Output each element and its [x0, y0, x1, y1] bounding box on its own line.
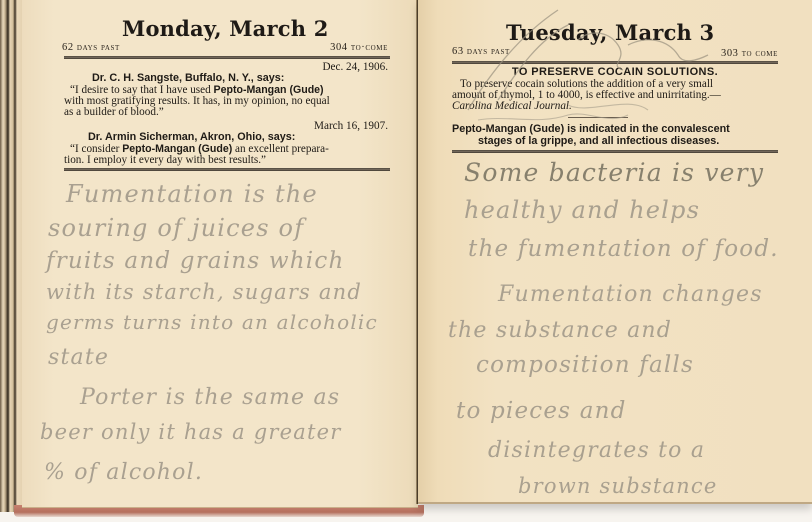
days-to-come-right: 303 to come — [721, 48, 778, 59]
book-binding — [0, 0, 24, 512]
handwriting-line: brown substance — [518, 474, 718, 498]
article-source: Carolina Medical Journal. — [452, 101, 572, 113]
ad-line1: Pepto-Mangan (Gude) is indicated in the … — [452, 124, 730, 136]
open-diary: Monday, March 2 62 days past 304 to·come… — [0, 0, 812, 522]
handwriting-line: state — [48, 345, 109, 370]
short-divider — [568, 117, 628, 118]
handwriting-line: Porter is the same as — [80, 385, 340, 410]
days-past-right: 63 days past — [452, 46, 510, 57]
right-page: Tuesday, March 3 63 days past 303 to com… — [418, 0, 812, 504]
testimonial-1-author: Dr. C. H. Sangste, Buffalo, N. Y., says: — [92, 73, 284, 85]
handwriting-line: the fumentation of food. — [468, 236, 779, 262]
header-rule-right — [452, 61, 778, 64]
handwriting-line: composition falls — [476, 352, 694, 378]
handwriting-line: germs turns into an alcoholic — [46, 310, 378, 334]
handwriting-line: to pieces and — [456, 398, 627, 424]
handwriting-line: disintegrates to a — [488, 438, 705, 463]
section-rule-left — [64, 168, 390, 171]
handwriting-line: healthy and helps — [464, 196, 700, 224]
handwriting-line: % of alcohol. — [44, 460, 203, 485]
left-page: Monday, March 2 62 days past 304 to·come… — [22, 0, 418, 508]
testimonial-2-date: March 16, 1907. — [314, 121, 388, 133]
handwriting-line: souring of juices of — [48, 214, 304, 242]
handwriting-line: Some bacteria is very — [464, 158, 764, 187]
testimonial-2-author: Dr. Armin Sicherman, Akron, Ohio, says: — [88, 132, 295, 144]
testimonial-2-line2: tion. I employ it every day with best re… — [64, 155, 266, 167]
header-rule-left — [64, 56, 390, 59]
handwriting-line: beer only it has a greater — [40, 420, 342, 444]
testimonial-1-line3: as a builder of blood.” — [64, 107, 164, 119]
handwriting-line: fruits and grains which — [46, 248, 344, 274]
ad-line2: stages of la grippe, and all infectious … — [478, 136, 719, 148]
days-past-left: 62 days past — [62, 42, 120, 53]
handwriting-line: Fumentation changes — [498, 282, 763, 307]
page-title-left: Monday, March 2 — [122, 16, 329, 41]
handwriting-line: Fumentation is the — [66, 180, 318, 208]
testimonial-1-date: Dec. 24, 1906. — [322, 62, 388, 74]
handwriting-line: with its starch, sugars and — [46, 280, 362, 304]
handwriting-line: the substance and — [448, 318, 672, 343]
section-rule-right — [452, 150, 778, 153]
article-heading: TO PRESERVE COCAIN SOLUTIONS. — [452, 67, 778, 79]
days-to-come-left: 304 to·come — [330, 42, 388, 53]
page-title-right: Tuesday, March 3 — [506, 20, 714, 45]
